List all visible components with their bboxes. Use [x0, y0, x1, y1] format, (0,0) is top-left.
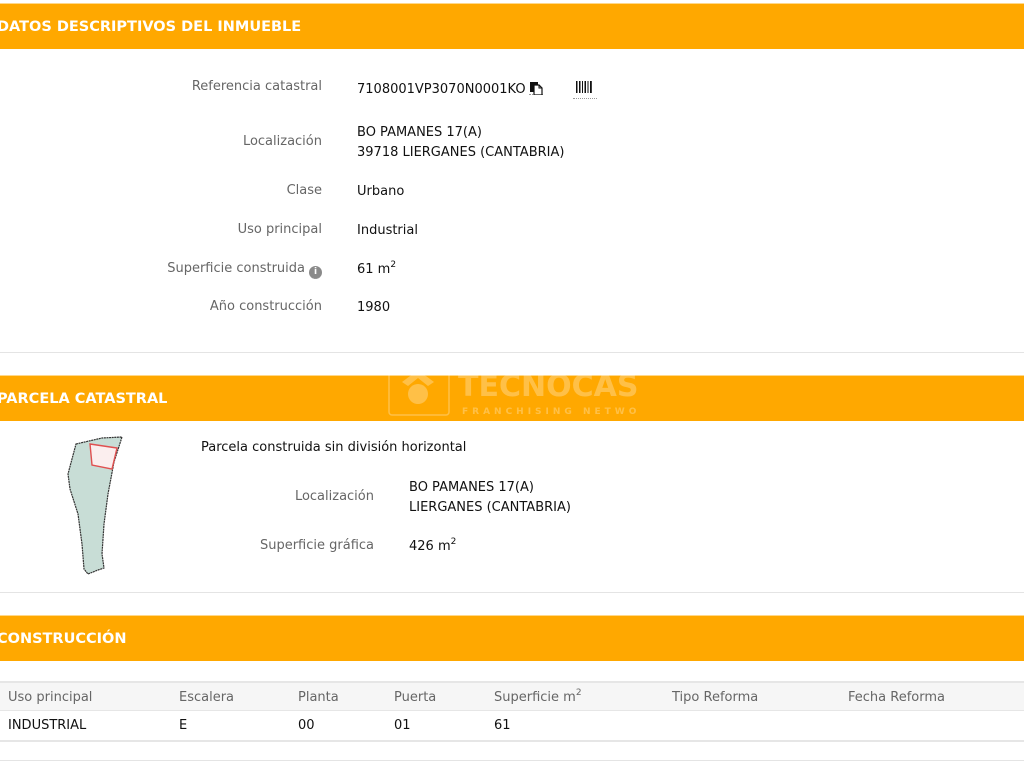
- section-title-parcela: PARCELA CATASTRAL: [0, 391, 167, 407]
- anio-label: Año construcción: [0, 299, 322, 314]
- section-title-datos: DATOS DESCRIPTIVOS DEL INMUEBLE: [0, 19, 301, 35]
- localizacion-line1: BO PAMANES 17(A): [357, 123, 564, 143]
- superficie-value: 61 m2: [357, 260, 396, 280]
- cell-planta: 00: [298, 711, 315, 740]
- col-header-superficie-sup: 2: [576, 688, 582, 698]
- parcela-superficie-value: 426 m2: [409, 537, 456, 557]
- parcela-localizacion-label: Localización: [0, 489, 374, 504]
- parcela-superficie-label: Superficie gráfica: [0, 538, 374, 553]
- col-header-superficie-text: Superficie m: [494, 690, 576, 705]
- table-row: INDUSTRIAL E 00 01 61: [0, 711, 1024, 742]
- section-divider: [0, 592, 1024, 593]
- parcela-superficie-number: 426 m: [409, 539, 451, 554]
- section-divider: [0, 760, 1024, 761]
- anio-value: 1980: [357, 298, 390, 318]
- section-title-construccion: CONSTRUCCIÓN: [0, 631, 127, 647]
- parcela-localizacion-line1: BO PAMANES 17(A): [409, 478, 571, 498]
- section-divider: [0, 352, 1024, 353]
- superficie-number: 61 m: [357, 262, 390, 277]
- parcela-superficie-unit-sup: 2: [451, 537, 457, 547]
- cell-superficie: 61: [494, 711, 511, 740]
- col-header-fecha-reforma: Fecha Reforma: [848, 683, 945, 712]
- uso-value: Industrial: [357, 221, 418, 241]
- referencia-label: Referencia catastral: [0, 79, 322, 94]
- section-header-datos: DATOS DESCRIPTIVOS DEL INMUEBLE: [0, 3, 1024, 49]
- col-header-planta: Planta: [298, 683, 339, 712]
- cell-uso: INDUSTRIAL: [8, 711, 86, 740]
- cell-puerta: 01: [394, 711, 411, 740]
- parcel-map[interactable]: [62, 434, 132, 579]
- localizacion-value: BO PAMANES 17(A) 39718 LIERGANES (CANTAB…: [357, 123, 564, 163]
- cell-escalera: E: [179, 711, 187, 740]
- referencia-text[interactable]: 7108001VP3070N0001KO: [357, 82, 526, 97]
- parcela-description: Parcela construida sin división horizont…: [201, 440, 466, 455]
- col-header-superficie: Superficie m2: [494, 683, 582, 712]
- construccion-table-header: Uso principal Escalera Planta Puerta Sup…: [0, 681, 1024, 711]
- clase-label: Clase: [0, 183, 322, 198]
- referencia-value: 7108001VP3070N0001KO: [357, 80, 543, 100]
- parcela-localizacion-value: BO PAMANES 17(A) LIERGANES (CANTABRIA): [409, 478, 571, 518]
- col-header-tipo-reforma: Tipo Reforma: [672, 683, 758, 712]
- col-header-puerta: Puerta: [394, 683, 436, 712]
- barcode-icon[interactable]: [573, 79, 597, 99]
- uso-label: Uso principal: [0, 222, 322, 237]
- section-header-parcela: PARCELA CATASTRAL: [0, 375, 1024, 421]
- section-header-construccion: CONSTRUCCIÓN: [0, 615, 1024, 661]
- col-header-escalera: Escalera: [179, 683, 234, 712]
- superficie-unit-sup: 2: [390, 260, 396, 270]
- parcela-localizacion-line2: LIERGANES (CANTABRIA): [409, 498, 571, 518]
- copy-icon[interactable]: [529, 81, 543, 95]
- localizacion-line2: 39718 LIERGANES (CANTABRIA): [357, 143, 564, 163]
- superficie-label-text: Superficie construida: [167, 261, 305, 276]
- col-header-uso: Uso principal: [8, 683, 92, 712]
- clase-value: Urbano: [357, 182, 404, 202]
- superficie-label: Superficie construidai: [0, 261, 322, 279]
- info-icon[interactable]: i: [309, 266, 322, 279]
- localizacion-label: Localización: [0, 134, 322, 149]
